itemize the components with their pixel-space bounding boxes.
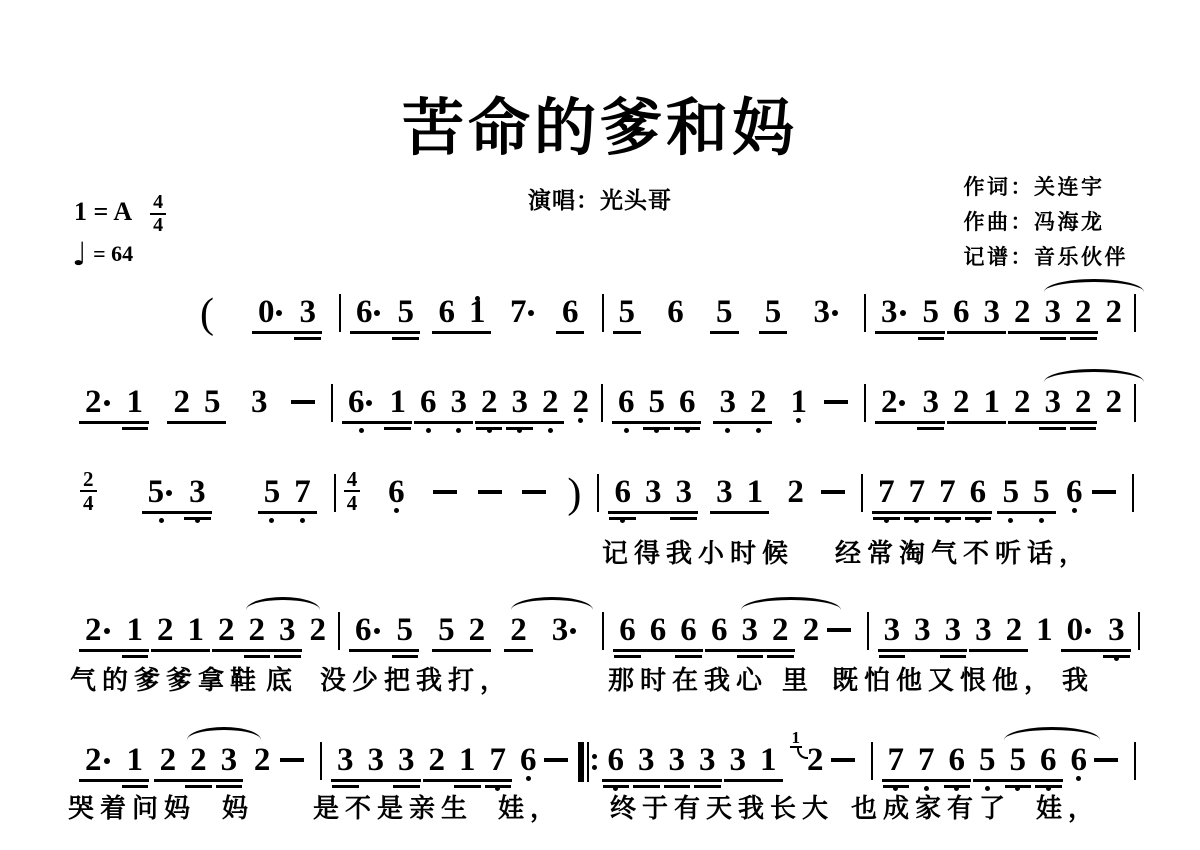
note: 2 [743,386,774,418]
beam-group: 632 [704,614,796,646]
note: 6 [413,386,444,418]
dash-note [1092,490,1116,494]
note: 2 [1068,386,1099,418]
note: 5 [141,476,183,508]
note-digit: 3 [1044,386,1061,418]
note: 6 [1059,476,1090,508]
bar-segment: 446) [344,476,590,514]
note-digit: 1 [127,386,144,418]
note-digit: 3 [730,744,747,776]
note: 6 [381,476,412,508]
note-digit: 2 [173,386,190,418]
note-digit: 3 [552,614,569,646]
note: 1 [976,386,1007,418]
octave-dot-low [1065,500,1083,518]
beam-group: 3 [244,386,275,418]
note-digit: 5 [397,614,414,646]
dash-note [1094,758,1118,762]
note-digit: 2 [1006,614,1023,646]
slur-arc [511,597,593,613]
note-digit: 5 [923,296,940,328]
note: 3 [735,614,766,646]
augmentation-dot [102,386,113,418]
note-digit: 0 [1067,614,1084,646]
note-digit: 0 [258,296,275,328]
barline [597,474,599,512]
lyric-segment: 底 [266,660,298,697]
note: 2 [535,386,566,418]
meter-fraction: 4 4 [150,192,166,236]
note-digit: 2 [1075,296,1092,328]
barline [339,294,341,332]
note-digit: 6 [711,614,728,646]
octave-dot-low [450,420,468,438]
note: 6 [1064,744,1095,776]
note-digit: 6 [618,386,635,418]
note-digit: 2 [750,386,767,418]
bar-segment: 7776556 [871,476,1124,508]
note: 1 [181,614,212,646]
note-digit: 2 [249,614,266,646]
note-digit: 5 [397,296,414,328]
note-digit: 5 [1033,476,1050,508]
note: 7 [902,476,933,508]
note: 6 [349,296,391,328]
beam-group: 63 [413,386,474,418]
augmentation-dot [274,296,285,328]
beam-group: 7776 [871,476,993,508]
octave-dot-low [152,510,170,528]
note-digit: 7 [294,476,311,508]
beam-group: 556 [972,744,1064,776]
note: 7 [287,476,318,508]
note: 1 [783,386,814,418]
octave-dot-low [908,510,926,528]
octave-dot-low [969,510,987,528]
repeat-dots [592,751,597,773]
note: 6 [431,296,462,328]
note-digit: 2 [254,744,271,776]
note-digit: 1 [747,476,764,508]
bar-segment: 245357 [80,476,326,514]
beam-group: 2 [303,614,334,646]
note-digit: 2 [160,744,177,776]
time-signature: 24 [80,468,97,514]
beam-group: 21 [150,614,211,646]
note: 6 [660,296,691,328]
note: 7 [932,476,963,508]
bar-segment: 3332176 [330,744,576,776]
octave-dot-low [719,420,737,438]
octave-dot-low [648,420,666,438]
beam-group: 21 [78,614,150,646]
octave-dot-low [519,768,537,786]
augmentation-dot [526,296,537,328]
note: 7 [871,476,902,508]
octave-dot-low [263,510,281,528]
note: 1 [740,476,771,508]
note-digit: 7 [939,476,956,508]
augmentation-dot [372,296,383,328]
beam-group: 65 [349,296,421,328]
note-digit: 5 [438,614,455,646]
beam-group: 2 [503,614,534,646]
dash-note [478,490,502,494]
beam-group: 6 [381,476,412,508]
beam-group: 32 [968,614,1029,646]
bar-segment: 56553 [612,296,857,328]
note: 2 [474,386,505,418]
note-digit: 2 [1105,386,1122,418]
beam-group: 55 [996,476,1057,508]
note: 7 [881,744,912,776]
note: 6 [643,614,674,646]
note-digit: 7 [490,744,507,776]
barline [1132,474,1134,512]
lyric-segment: 经常淘气不听话， [835,533,1091,570]
dash-note [824,400,848,404]
note-digit: 6 [608,744,625,776]
beam-group: 2 [796,614,827,646]
note-digit: 3 [716,476,733,508]
note: 6 [611,386,642,418]
note-digit: 7 [888,744,905,776]
note-digit: 3 [881,296,898,328]
note: 2 [1007,296,1038,328]
note-digit: 2 [772,614,789,646]
barline [864,294,866,332]
note-digit: 6 [614,476,631,508]
lyric-segment: 没少把我打， [320,660,512,697]
note: 5 [709,296,740,328]
time-signature-numerator: 2 [80,468,97,492]
augmentation-dot [102,614,113,646]
octave-dot-low [419,420,437,438]
note-digit: 2 [510,614,527,646]
note-digit: 6 [650,614,667,646]
note: 2 [1068,296,1099,328]
barline [320,742,322,780]
beam-group: 633 [607,476,699,508]
parenthesis: ) [567,476,581,512]
beam-group: 656 [611,386,703,418]
dash-note [827,628,851,632]
note: 6 [963,476,994,508]
octave-dot-low [541,420,559,438]
music-line: 21212232655223666632233332103 [78,614,1148,650]
beam-group: 35 [874,296,946,328]
barline [861,474,863,512]
note: 1 [1029,614,1060,646]
note-digit: 1 [1036,614,1053,646]
tempo-marking: ♩ = 64 [72,238,133,270]
octave-dot-low [678,420,696,438]
beam-group: 21 [78,386,150,418]
note-digit: 6 [619,614,636,646]
lyric-segment: 我 [1062,660,1094,697]
note-digit: 3 [279,614,296,646]
note: 5 [1003,744,1034,776]
music-line: (036561765655335632322 [200,296,1144,332]
octave-dot-low [353,420,371,438]
note-digit: 3 [669,744,686,776]
beam-group: 3 [807,296,849,328]
octave-dot-low [938,510,956,528]
lyric-segment: 气的爹爹拿鞋 [70,660,262,697]
barline [602,294,604,332]
note-digit: 2 [481,386,498,418]
note: 3 [712,386,743,418]
beam-group: 232 [1007,386,1099,418]
note-digit: 3 [299,296,316,328]
note: 2 [78,744,120,776]
note-digit: 3 [675,476,692,508]
note-digit: 3 [742,614,759,646]
note: 1 [120,614,151,646]
note: 6 [601,744,632,776]
lyric-segment: 终于有天我长大 [610,788,834,825]
note-digit: 3 [1108,614,1125,646]
note: 3 [938,614,969,646]
octave-dot-high [468,288,486,306]
note-digit: 3 [638,744,655,776]
note: 5 [197,386,228,418]
slur-arc [1044,279,1144,295]
barline [602,612,604,650]
note: 3 [977,296,1008,328]
dash-note [433,490,457,494]
time-signature-denominator: 4 [344,492,361,514]
barline [334,474,336,512]
beam-group: 2 [1098,386,1129,418]
note: 1 [462,296,493,328]
credits-block: 作词：关连宇 作曲：冯海龙 记谱：音乐伙伴 [964,170,1129,275]
beam-group: 2 [1099,296,1130,328]
note: 3 [391,744,422,776]
note-digit: 3 [699,744,716,776]
note: 2 [462,614,493,646]
note: 3 [545,614,587,646]
note-digit: 3 [398,744,415,776]
note: 3 [662,744,693,776]
bar-segment: 212232 [78,744,312,776]
note: 1 [120,386,151,418]
note-digit: 2 [157,614,174,646]
note: 2 [800,744,831,776]
bar-segment: 656321 [611,386,856,418]
note-digit: 6 [355,614,372,646]
note: 1 [120,744,151,776]
augmentation-dot [830,296,841,328]
note: 5 [431,614,462,646]
note-digit: 2 [469,614,486,646]
note: 1 [382,386,413,418]
dash-note [280,758,304,762]
dash-note [522,490,546,494]
lyric-segment: 娃， [1036,788,1100,825]
note-digit: 2 [953,386,970,418]
note-digit: 6 [420,386,437,418]
beam-group: 6 [1059,476,1090,508]
augmentation-dot [897,386,908,418]
note-digit: 7 [918,744,935,776]
note-digit: 6 [438,296,455,328]
note: 5 [257,476,288,508]
note-digit: 7 [878,476,895,508]
beam-group: 32 [712,386,773,418]
repeat-dot [592,754,597,759]
note-digit: 1 [760,744,777,776]
note: 3 [692,744,723,776]
note-digit: 6 [1040,744,1057,776]
meter-numerator: 4 [150,192,166,215]
note: 6 [946,296,977,328]
dash-note [821,490,845,494]
note-digit: 2 [787,476,804,508]
note: 7 [911,744,942,776]
note: 3 [330,744,361,776]
beam-group: 25 [166,386,227,418]
note-digit: 3 [945,614,962,646]
parenthesis: ( [200,296,214,332]
beam-group: 6 [555,296,586,328]
lyric-segment: 记得我小时候 [602,533,794,570]
key-signature: 1 = A 4 4 [74,190,166,234]
octave-dot-low [480,420,498,438]
augmentation-dot [1083,614,1094,646]
key-label: 1 = A [74,197,132,227]
note: 3 [631,744,662,776]
octave-dot-low [1002,510,1020,528]
octave-dot-low [749,420,767,438]
note-digit: 2 [881,386,898,418]
note-digit: 3 [645,476,662,508]
beam-group: 232 [1007,296,1099,328]
credit-transcriber: 记谱：音乐伙伴 [964,240,1129,275]
note-digit: 6 [562,296,579,328]
note-digit: 2 [218,614,235,646]
note: 2 [999,614,1030,646]
octave-dot-low [387,500,405,518]
note: 2 [946,386,977,418]
note: 2 [565,386,596,418]
barline [871,742,873,780]
note-digit: 3 [368,744,385,776]
slur-arc [741,597,841,613]
note: 2 [765,614,796,646]
beam-group: 2 [247,744,278,776]
note: 3 [1037,386,1068,418]
note: 2 [874,386,916,418]
note: 2 [247,744,278,776]
note-digit: 7 [909,476,926,508]
note-digit: 6 [356,296,373,328]
note-digit: 5 [1003,476,1020,508]
note: 6 [673,614,704,646]
dash-note [291,400,315,404]
lyric-segment: 娃， [498,788,562,825]
note: 3 [807,296,849,328]
beam-group: 333 [877,614,969,646]
note-digit: 6 [680,614,697,646]
note: 2 [1099,296,1130,328]
note-digit: 3 [922,386,939,418]
note-digit: 5 [619,296,636,328]
beam-group: 223 [153,744,245,776]
note-digit: 2 [190,744,207,776]
bar-segment: 656176 [349,296,594,328]
lyric-segment: 妈 [222,788,254,825]
note-digit: 3 [251,386,268,418]
note-digit: 5 [264,476,281,508]
beam-group: 1 [1029,614,1060,646]
note-digit: 2 [803,614,820,646]
note: 3 [638,476,669,508]
note: 5 [972,744,1003,776]
beam-group: 1 [783,386,814,418]
note: 5 [390,296,421,328]
note: 3 [668,476,699,508]
note-digit: 5 [716,296,733,328]
dash-note [831,758,855,762]
bar-segment: 33332103 [877,614,1130,646]
octave-dot-low [511,420,529,438]
note: 2 [153,744,184,776]
note-digit: 1 [983,386,1000,418]
note: 6 [1033,744,1064,776]
barline [1134,384,1136,422]
meter-denominator: 4 [150,215,166,236]
beam-group: 63 [946,296,1007,328]
beam-group: 6333 [601,744,723,776]
lyric-segment: 既怕他又恨他， [832,660,1056,697]
note: 1 [452,744,483,776]
beam-group: 31 [709,476,770,508]
barline [1134,742,1136,780]
note: 3 [272,614,303,646]
beam-group: 03 [1060,614,1132,646]
note: 6 [341,386,383,418]
barline [331,384,333,422]
lyric-segment: 哭着问妈 [68,788,196,825]
beam-group: 23 [874,386,946,418]
note: 6 [607,476,638,508]
credit-lyricist: 作词：关连宇 [964,170,1129,205]
note: 0 [251,296,293,328]
bar-segment: 6666322 [612,614,858,646]
note: 2 [1098,386,1129,418]
beam-group: 53 [141,476,213,508]
note-digit: 6 [970,476,987,508]
note: 2 [1007,386,1038,418]
note-digit: 2 [1075,386,1092,418]
note-digit: 3 [221,744,238,776]
note: 3 [709,476,740,508]
note-digit: 5 [979,744,996,776]
note: 3 [292,296,323,328]
note-digit: 6 [953,296,970,328]
note: 6 [704,614,735,646]
repeat-thin-bar [587,742,589,782]
note-digit: 2 [807,744,824,776]
note-digit: 7 [510,296,527,328]
note-digit: 6 [949,744,966,776]
bar-segment: 21212232 [78,614,330,646]
note: 7 [503,296,545,328]
music-line: 212536163232265632123212322 [78,386,1144,422]
note-digit: 2 [1106,296,1123,328]
note: 2 [242,614,273,646]
